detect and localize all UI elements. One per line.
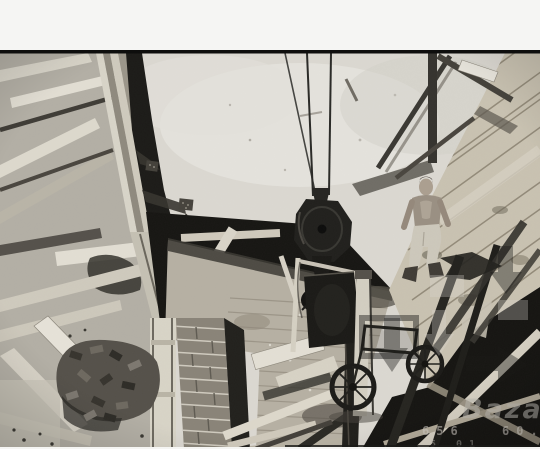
photo-scan: Baza 656 60. 5 01 — [0, 0, 540, 449]
construction-site-photo: Baza 656 60. 5 01 — [0, 0, 540, 449]
frame-line-bottom — [285, 445, 540, 447]
paper-margin-top — [0, 0, 540, 50]
vignette — [0, 53, 540, 449]
frame-line-top — [0, 50, 540, 54]
